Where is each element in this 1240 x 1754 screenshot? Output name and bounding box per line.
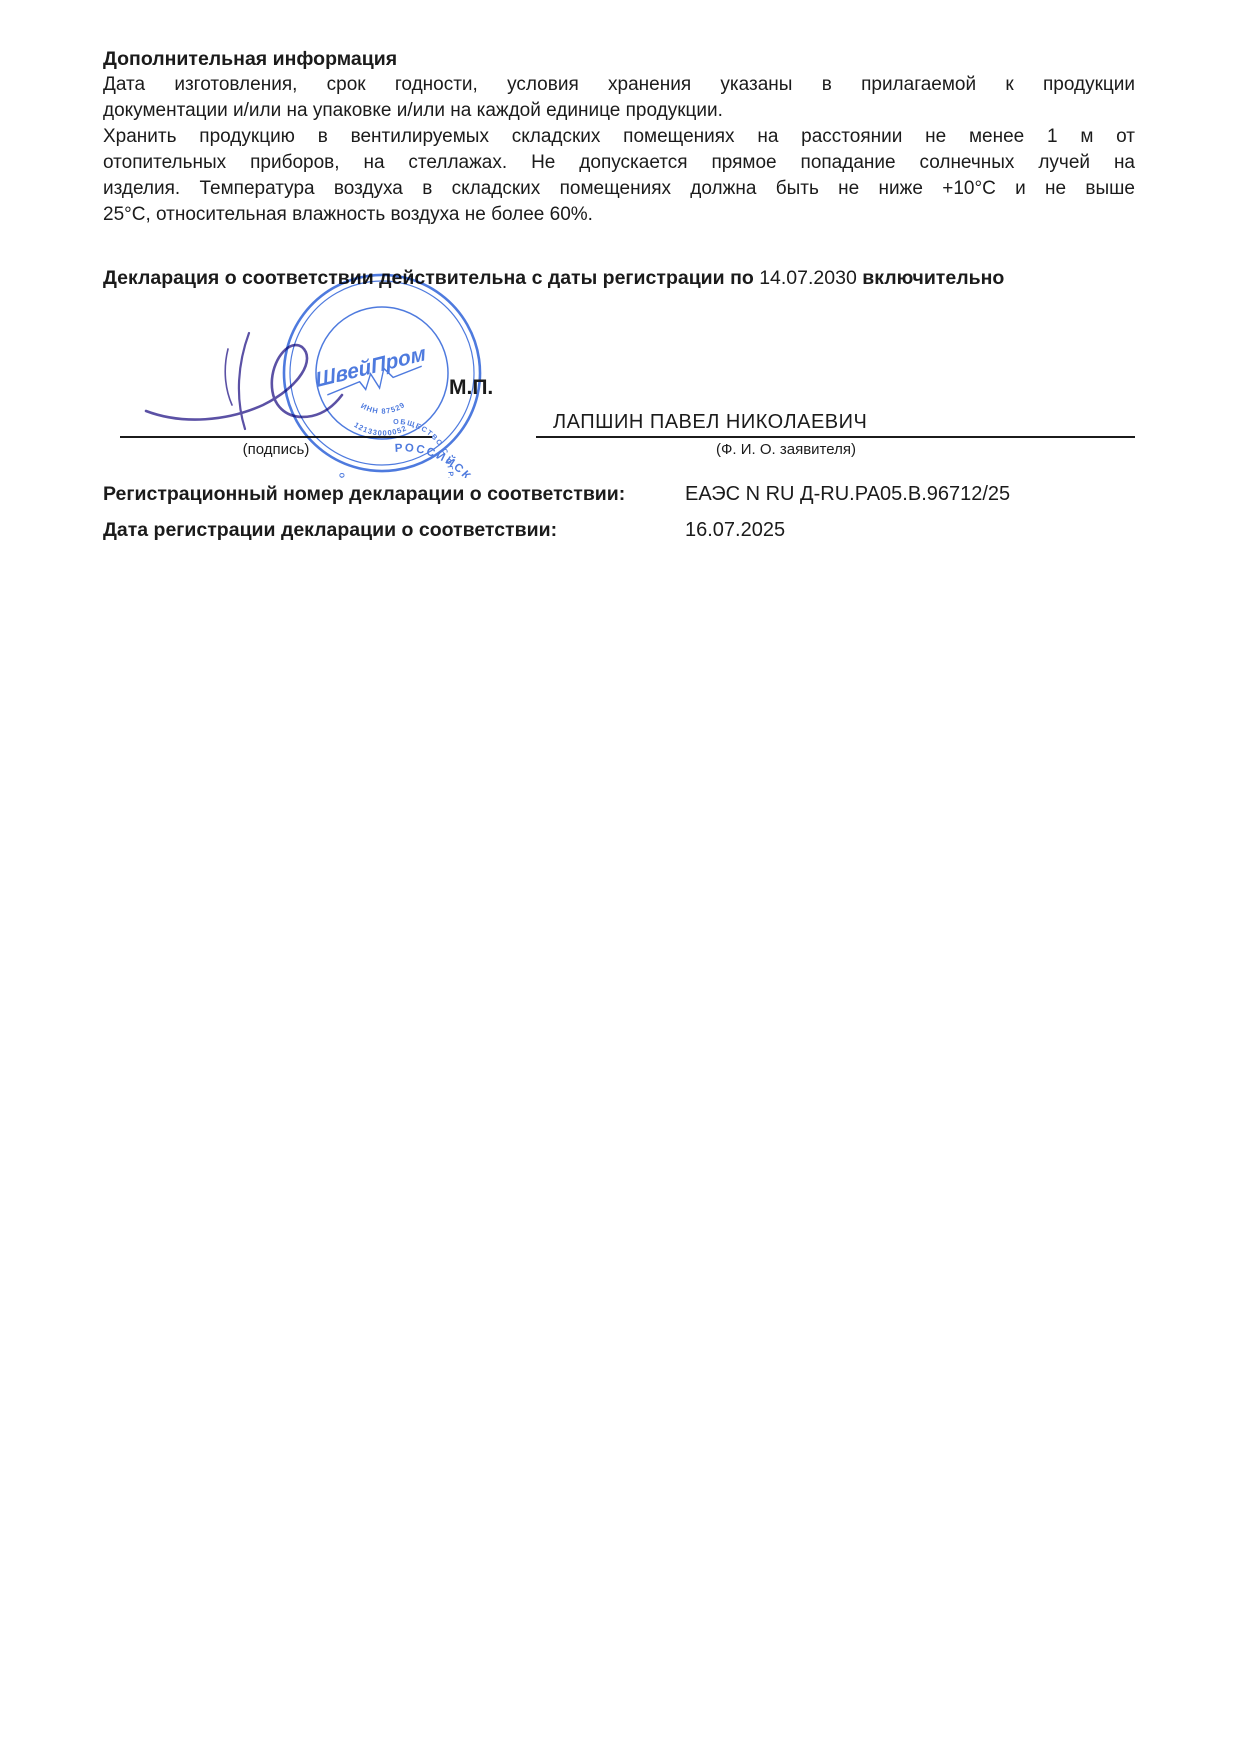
validity-suffix: включительно xyxy=(862,267,1004,289)
applicant-name: ЛАПШИН ПАВЕЛ НИКОЛАЕВИЧ xyxy=(553,410,867,434)
company-round-stamp: РОССИЙСКАЯ ФЕДЕРАЦИЯ * ВЛАДИМИРСКАЯ ОБЛ.… xyxy=(277,268,487,478)
applicant-underline xyxy=(536,436,1135,438)
paragraph-manufacture-info: Дата изготовления, срок годности, услови… xyxy=(103,72,1135,124)
registration-date-value: 16.07.2025 xyxy=(685,517,785,543)
registration-number-label: Регистрационный номер декларации о соотв… xyxy=(103,483,625,505)
declaration-validity-line: Декларация о соответствии действительна … xyxy=(103,265,1135,291)
applicant-caption: (Ф. И. О. заявителя) xyxy=(536,441,1036,459)
paragraph-line: документации и/или на упаковке и/или на … xyxy=(103,98,1135,124)
paragraph-line: 25°С, относительная влажность воздуха не… xyxy=(103,202,1135,228)
paragraph-line: изделия. Температура воздуха в складских… xyxy=(103,176,1135,202)
paragraph-storage-info: Хранить продукцию в вентилируемых складс… xyxy=(103,124,1135,228)
mp-seal-label: М.П. xyxy=(449,376,493,400)
section-title: Дополнительная информация xyxy=(103,46,1135,72)
validity-date: 14.07.2030 xyxy=(759,267,857,289)
registration-date-row: Дата регистрации декларации о соответств… xyxy=(103,517,557,543)
stamp-ogrn-text: 12133000052 xyxy=(351,413,408,442)
paragraph-line: Дата изготовления, срок годности, услови… xyxy=(103,72,1135,98)
additional-info-section: Дополнительная информация Дата изготовле… xyxy=(103,46,1135,291)
registration-date-label: Дата регистрации декларации о соответств… xyxy=(103,519,557,541)
registration-number-value: ЕАЭС N RU Д-RU.РА05.В.96712/25 xyxy=(685,481,1010,507)
stamp-inn-text: ИНН 87529 xyxy=(358,395,407,419)
paragraph-line: Хранить продукцию в вентилируемых складс… xyxy=(103,124,1135,150)
document-page: Дополнительная информация Дата изготовле… xyxy=(0,0,1240,1754)
stamp-center-logo-text: ШвейПром xyxy=(314,342,428,392)
paragraph-line: отопительных приборов, на стеллажах. Не … xyxy=(103,150,1135,176)
registration-number-row: Регистрационный номер декларации о соотв… xyxy=(103,481,625,507)
